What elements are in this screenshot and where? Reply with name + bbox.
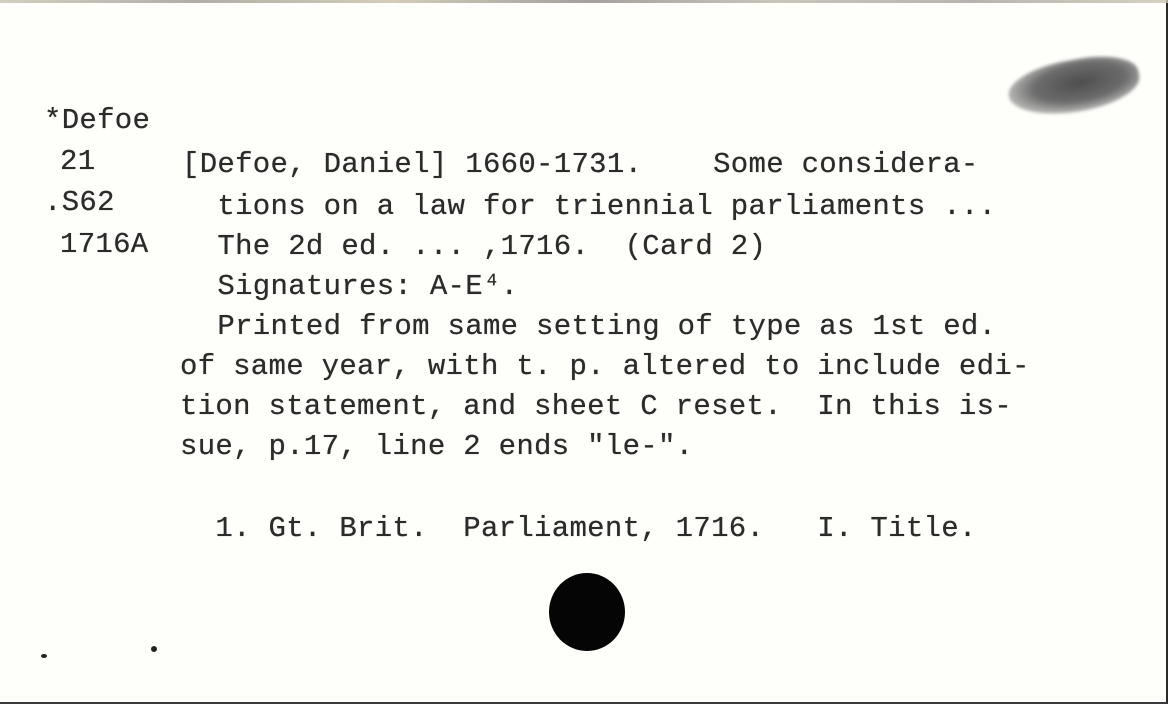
note-line: Printed from same setting of type as 1st… (182, 312, 996, 341)
note-line: of same year, with t. p. altered to incl… (180, 352, 1030, 381)
card-top-edge (0, 0, 1168, 3)
ink-speck (151, 646, 157, 652)
catalog-card: *Defoe 21 .S62 1716A [Defoe, Daniel] 166… (0, 0, 1168, 704)
entry-line: tions on a law for triennial parliaments… (182, 192, 996, 221)
entry-line: Signatures: A-E⁴. (182, 272, 518, 301)
call-number-line: .S62 (44, 188, 115, 217)
entry-line: [Defoe, Daniel] 1660-1731. Some consider… (182, 150, 979, 179)
ink-speck (41, 654, 47, 658)
note-line: tion statement, and sheet C reset. In th… (180, 392, 1012, 421)
entry-line: The 2d ed. ... ,1716. (Card 2) (182, 232, 766, 261)
call-number-line: 1716A (60, 230, 149, 259)
call-number-line: 21 (60, 147, 95, 176)
card-punch-hole (549, 573, 625, 651)
note-line: sue, p.17, line 2 ends "le-". (180, 432, 693, 461)
call-number-line: *Defoe (44, 106, 150, 135)
subject-tracings: 1. Gt. Brit. Parliament, 1716. I. Title. (180, 514, 977, 543)
ink-smudge (1004, 49, 1143, 123)
